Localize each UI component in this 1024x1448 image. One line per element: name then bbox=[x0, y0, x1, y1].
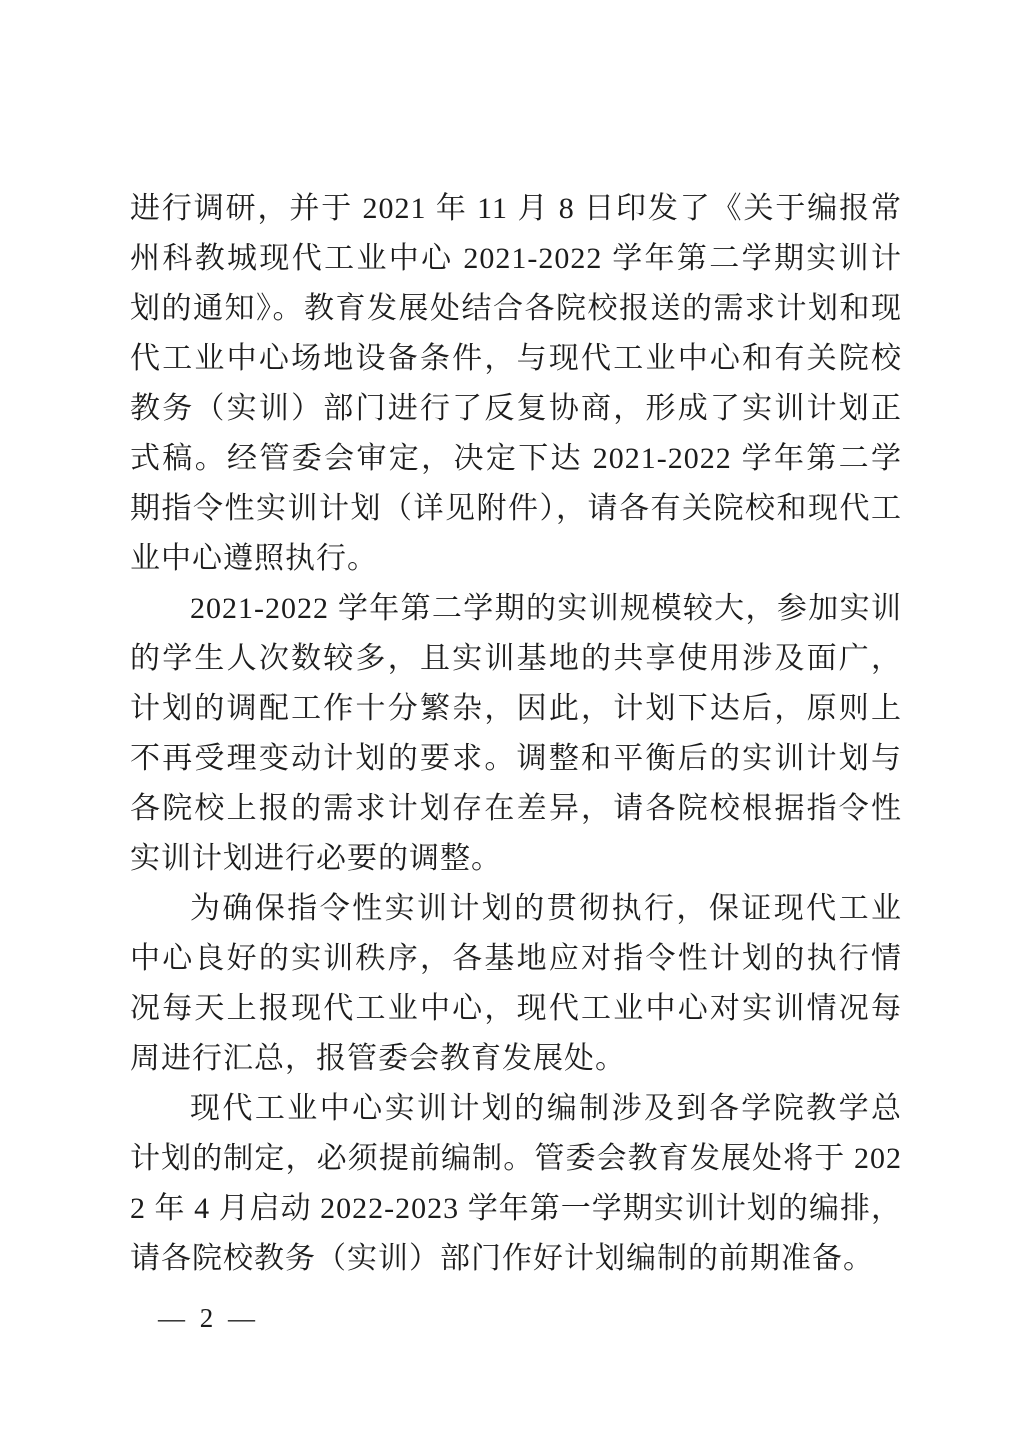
paragraph: 进行调研，并于 2021 年 11 月 8 日印发了《关于编报常州科教城现代工业… bbox=[130, 184, 902, 584]
paragraph: 现代工业中心实训计划的编制涉及到各学院教学总计划的制定，必须提前编制。管委会教育… bbox=[130, 1084, 902, 1284]
paragraph: 2021-2022 学年第二学期的实训规模较大，参加实训的学生人次数较多，且实训… bbox=[130, 584, 902, 884]
page-number: — 2 — bbox=[158, 1298, 255, 1338]
document-page: 进行调研，并于 2021 年 11 月 8 日印发了《关于编报常州科教城现代工业… bbox=[0, 0, 1024, 1448]
document-body: 进行调研，并于 2021 年 11 月 8 日印发了《关于编报常州科教城现代工业… bbox=[130, 184, 902, 1284]
paragraph: 为确保指令性实训计划的贯彻执行，保证现代工业中心良好的实训秩序，各基地应对指令性… bbox=[130, 884, 902, 1084]
